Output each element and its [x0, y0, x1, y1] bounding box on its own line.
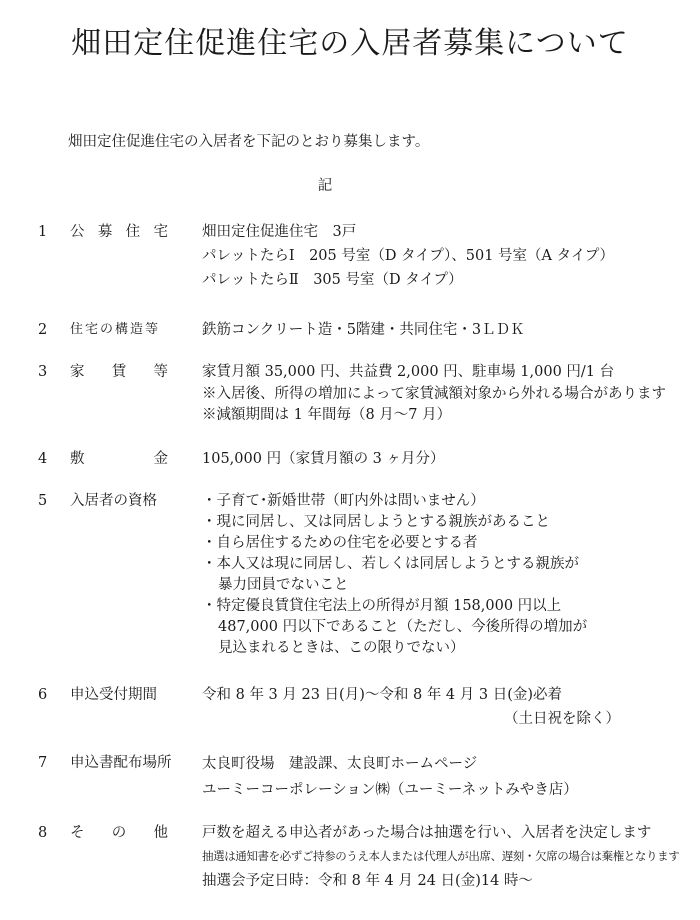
label-char: 他: [154, 821, 169, 845]
section-number: 8: [38, 821, 47, 845]
label-char: 宅: [153, 220, 168, 244]
body-line: 畑田定住促進住宅 3戸: [202, 220, 692, 244]
body-line: 戸数を超える申込者があった場合は抽選を行い、入居者を決定します: [202, 821, 692, 845]
section-body: 家賃月額 35,000 円、共益費 2,000 円、駐車場 1,000 円/1 …: [202, 360, 692, 426]
section-number: 2: [38, 318, 47, 342]
body-line: 家賃月額 35,000 円、共益費 2,000 円、駐車場 1,000 円/1 …: [202, 360, 692, 384]
section-label: 入居者の資格: [70, 489, 180, 513]
label-char: そ: [70, 821, 85, 845]
body-line: （土日祝を除く）: [202, 707, 692, 731]
section-number: 6: [38, 683, 47, 707]
body-line: 抽選会予定日時：令和 8 年 4 月 24 日(金)14 時～: [202, 867, 692, 895]
section-body: 太良町役場 建設課、太良町ホームページ ユーミーコーポレーション㈱（ユーミーネッ…: [202, 751, 692, 803]
section-label: そ の 他: [70, 821, 168, 845]
label-char: の: [112, 821, 127, 845]
bullet-item: ・子育て･新婚世帯（町内外は問いません）: [202, 491, 692, 512]
label-char: 住: [126, 220, 141, 244]
label-char: 公: [70, 220, 85, 244]
bullet-continuation: 見込まれるときは、この限りでない）: [202, 638, 692, 659]
body-line: パレットたらⅠ 205 号室（D タイプ）、501 号室（A タイプ）: [202, 244, 692, 268]
section-body: 鉄筋コンクリート造・5階建・共同住宅・3ＬＤＫ: [202, 318, 692, 342]
section-label: 申込受付期間: [70, 683, 180, 707]
page-title: 畑田定住促進住宅の入居者募集について: [0, 26, 700, 62]
label-char: 等: [154, 360, 169, 384]
section-number: 4: [38, 447, 47, 471]
section-label: 申込書配布場所: [70, 751, 180, 775]
bullet-continuation: 487,000 円以下であること（ただし、今後所得の増加が: [202, 617, 692, 638]
section-label: 敷 金: [70, 447, 168, 471]
body-line: 太良町役場 建設課、太良町ホームページ: [202, 751, 692, 777]
body-line: 105,000 円（家賃月額の 3 ヶ月分）: [202, 447, 692, 471]
bullet-item: ・現に同居し、又は同居しようとする親族があること: [202, 512, 692, 533]
section-number: 7: [38, 751, 47, 775]
section-label: 公 募 住 宅: [70, 220, 168, 244]
bullet-continuation: 暴力団員でないこと: [202, 575, 692, 596]
body-line: 鉄筋コンクリート造・5階建・共同住宅・3ＬＤＫ: [202, 318, 692, 342]
section-number: 3: [38, 360, 47, 384]
section-label: 家 賃 等: [70, 360, 168, 384]
section-number: 1: [38, 220, 47, 244]
body-line: ユーミーコーポレーション㈱（ユーミーネットみやき店）: [202, 777, 692, 803]
bullet-item: ・特定優良賃貸住宅法上の所得が月額 158,000 円以上: [202, 596, 692, 617]
label-char: 金: [154, 447, 169, 471]
label-char: 募: [98, 220, 113, 244]
body-line: 令和 8 年 3 月 23 日(月)～令和 8 年 4 月 3 日(金)必着: [202, 683, 692, 707]
bullet-item: ・自ら居住するための住宅を必要とする者: [202, 533, 692, 554]
section-number: 5: [38, 489, 47, 513]
section-body: 105,000 円（家賃月額の 3 ヶ月分）: [202, 447, 692, 471]
label-char: 家: [70, 360, 85, 384]
label-char: 賃: [112, 360, 127, 384]
ki-heading: 記: [0, 176, 650, 196]
section-body: ・子育て･新婚世帯（町内外は問いません） ・現に同居し、又は同居しようとする親族…: [202, 491, 692, 659]
section-label: 住宅の構造等: [70, 318, 180, 342]
body-line: 抽選は通知書を必ずご持参のうえ本人または代理人が出席、遅刻・欠席の場合は棄権とな…: [202, 845, 692, 867]
body-line: パレットたらⅡ 305 号室（D タイプ）: [202, 268, 692, 292]
section-body: 畑田定住促進住宅 3戸 パレットたらⅠ 205 号室（D タイプ）、501 号室…: [202, 220, 692, 292]
intro-text: 畑田定住促進住宅の入居者を下記のとおり募集します。: [68, 132, 429, 152]
label-char: 敷: [70, 447, 85, 471]
body-line: ※入居後、所得の増加によって家賃減額対象から外れる場合があります: [202, 384, 692, 405]
section-body: 令和 8 年 3 月 23 日(月)～令和 8 年 4 月 3 日(金)必着 （…: [202, 683, 692, 731]
body-line: ※減額期間は 1 年間毎（8 月～7 月）: [202, 405, 692, 426]
bullet-item: ・本人又は現に同居し、若しくは同居しようとする親族が: [202, 554, 692, 575]
section-body: 戸数を超える申込者があった場合は抽選を行い、入居者を決定します 抽選は通知書を必…: [202, 821, 692, 895]
